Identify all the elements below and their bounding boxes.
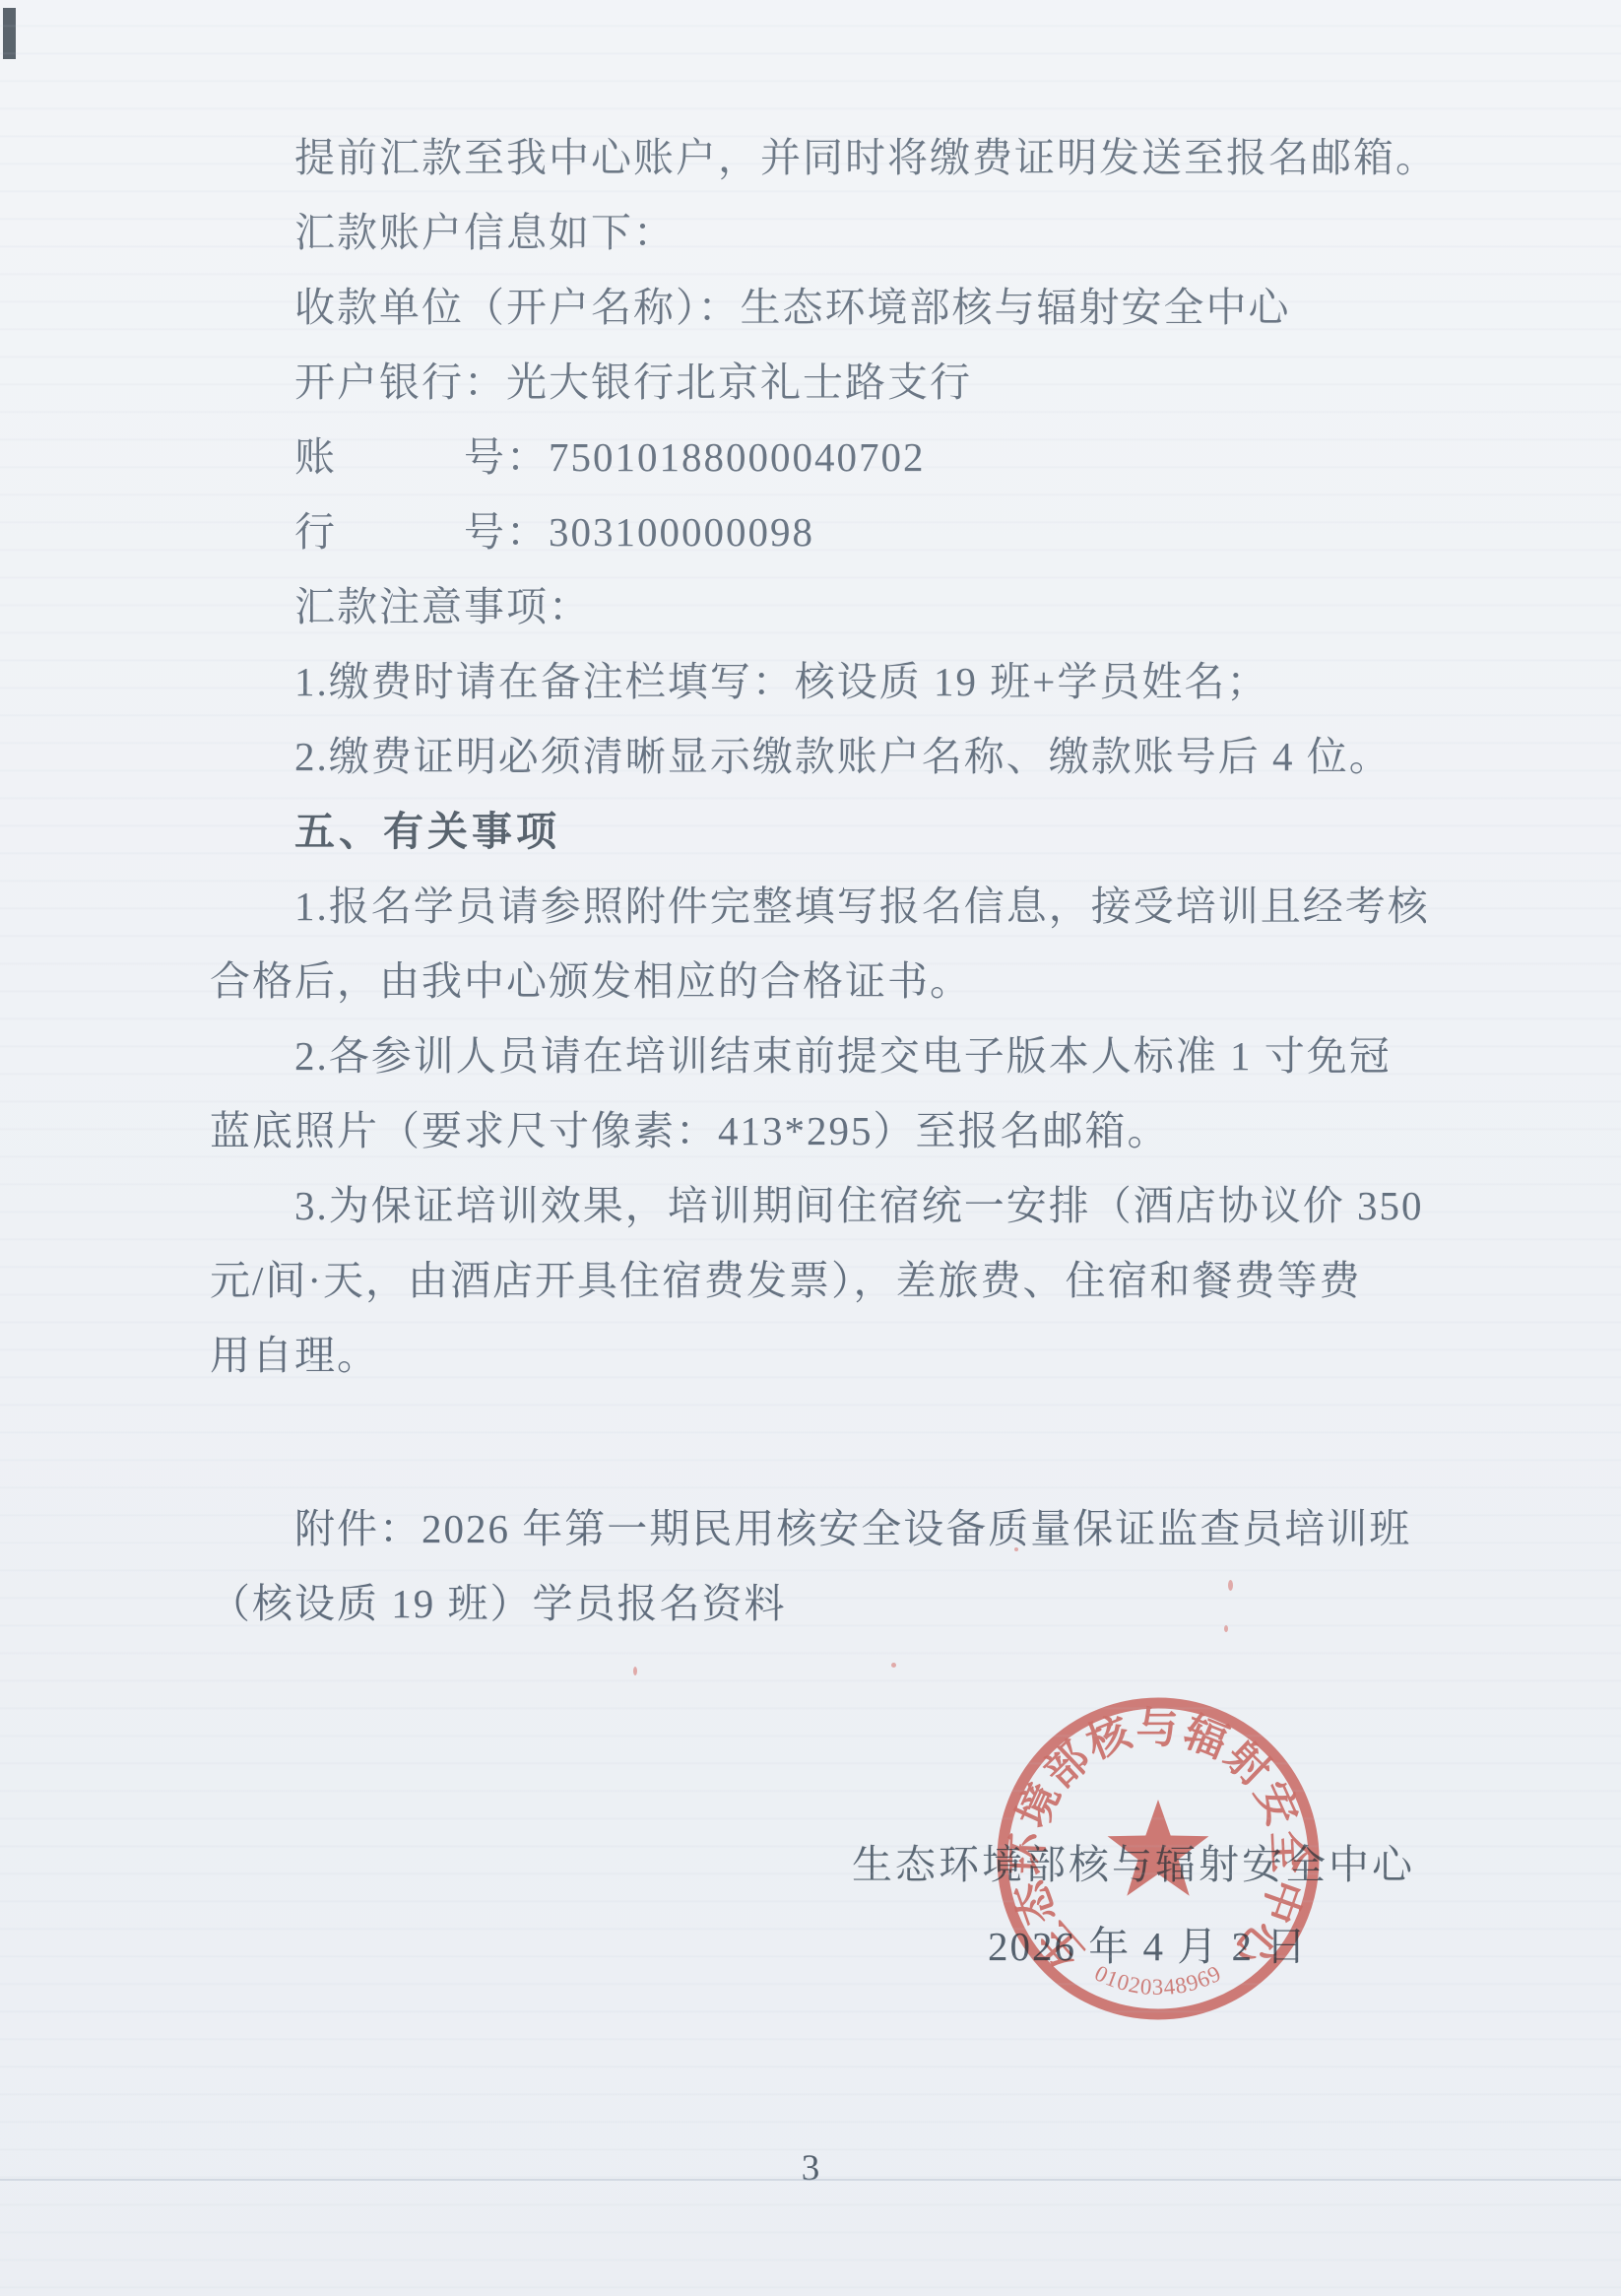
document-line: 账 号：75010188000040702: [210, 420, 1480, 494]
page-number: 3: [0, 2147, 1621, 2190]
paragraph-gap: [210, 1393, 1480, 1491]
ink-speck: [633, 1667, 637, 1675]
document-line: 行 号：303100000098: [210, 494, 1480, 569]
document-line: 2.各参训人员请在培训结束前提交电子版本人标准 1 寸免冠: [210, 1018, 1480, 1093]
ink-speck: [1228, 1580, 1233, 1591]
ink-speck: [1014, 1547, 1018, 1551]
document-line: 收款单位（开户名称）：生态环境部核与辐射安全中心: [210, 270, 1480, 345]
document-line: 合格后，由我中心颁发相应的合格证书。: [210, 944, 1480, 1018]
scan-corner-artifact: [3, 8, 16, 59]
document-line: 1.缴费时请在备注栏填写：核设质 19 班+学员姓名；: [210, 644, 1480, 719]
document-line: 开户银行：光大银行北京礼士路支行: [210, 345, 1480, 420]
seal-serial: 01020348969: [1091, 1960, 1226, 2000]
ink-speck: [891, 1663, 896, 1668]
official-seal: 生态环境部核与辐射安全中心 01020348969: [989, 1689, 1328, 2028]
document-line: 用自理。: [210, 1318, 1480, 1393]
document-line: 附件：2026 年第一期民用核安全设备质量保证监查员培训班: [210, 1491, 1480, 1566]
document-line: 蓝底照片（要求尺寸像素：413*295）至报名邮箱。: [210, 1093, 1480, 1168]
document-body: 提前汇款至我中心账户，并同时将缴费证明发送至报名邮箱。汇款账户信息如下：收款单位…: [210, 120, 1480, 1641]
ink-speck: [1224, 1625, 1228, 1632]
svg-text:01020348969: 01020348969: [1091, 1960, 1226, 2000]
scan-line-artifact: [0, 2179, 1621, 2181]
seal-star-icon: [1108, 1800, 1209, 1896]
document-line: 元/间·天，由酒店开具住宿费发票），差旅费、住宿和餐费等费: [210, 1243, 1480, 1318]
section-heading: 五、有关事项: [210, 794, 1480, 869]
document-line: 汇款注意事项：: [210, 569, 1480, 644]
document-line: 汇款账户信息如下：: [210, 195, 1480, 270]
document-line: 3.为保证培训效果，培训期间住宿统一安排（酒店协议价 350: [210, 1168, 1480, 1243]
document-line: 提前汇款至我中心账户，并同时将缴费证明发送至报名邮箱。: [210, 120, 1480, 195]
scanned-page: 提前汇款至我中心账户，并同时将缴费证明发送至报名邮箱。汇款账户信息如下：收款单位…: [0, 0, 1621, 2296]
document-line: （核设质 19 班）学员报名资料: [210, 1566, 1480, 1641]
document-line: 2.缴费证明必须清晰显示缴款账户名称、缴款账号后 4 位。: [210, 719, 1480, 794]
document-line: 1.报名学员请参照附件完整填写报名信息，接受培训且经考核: [210, 869, 1480, 944]
